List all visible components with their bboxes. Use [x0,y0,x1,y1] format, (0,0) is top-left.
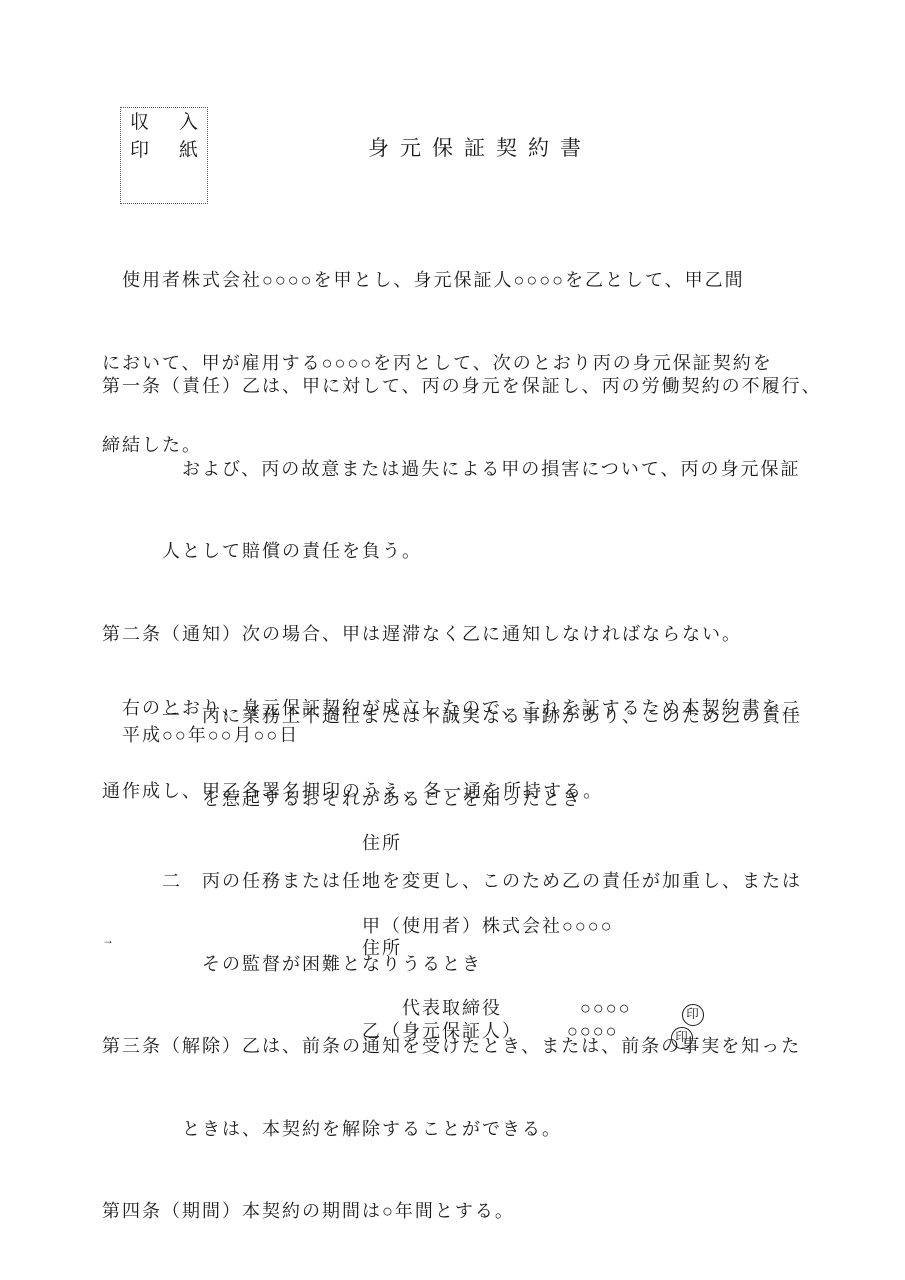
stamp-char: 紙 [179,137,198,165]
guarantor-party-label: 乙（身元保証人） [362,1021,522,1041]
stamp-box-row: 収 入 [130,109,198,137]
tab-arrow-mark: → [102,933,114,948]
guarantor-seal-mark: 印 [671,1027,693,1049]
employer-address-label: 住所 [362,830,704,858]
contract-document-page: 収 入 印 紙 身元保証契約書 使用者株式会社○○○○を甲とし、身元保証人○○○… [0,0,905,1280]
guarantor-signature-block: 住所 乙（身元保証人）○○○○印 [362,880,693,1104]
revenue-stamp-box: 収 入 印 紙 [120,107,208,204]
stamp-box-row: 印 紙 [130,137,198,165]
guarantor-name-placeholder: ○○○○ [567,1021,619,1041]
document-title: 身元保証契約書 [368,132,592,162]
article-1-line: 第一条（責任）乙は、甲に対して、丙の身元を保証し、丙の労働契約の不履行、 [102,373,822,401]
guarantor-address-label: 住所 [362,935,693,963]
stamp-char: 印 [130,137,149,165]
text-line: 使用者株式会社○○○○を甲とし、身元保証人○○○○を乙として、甲乙間 [102,267,773,295]
text-line: 右のとおり、身元保証契約が成立したので、これを証するため本契約書を二 [102,695,802,723]
stamp-char: 収 [130,109,149,137]
article-4-line: 第四条（期間）本契約の期間は○年間とする。 [102,1198,822,1226]
date-line: 平成○○年○○月○○日 [102,722,299,750]
article-1-line: 人として賠償の責任を負う。 [102,538,822,566]
stamp-char: 入 [179,109,198,137]
article-1-line: および、丙の故意または過失による甲の損害について、丙の身元保証 [102,456,822,484]
guarantor-party-line: 乙（身元保証人）○○○○印 [362,1018,693,1049]
article-3-line: ときは、本契約を解除することができる。 [102,1116,822,1144]
